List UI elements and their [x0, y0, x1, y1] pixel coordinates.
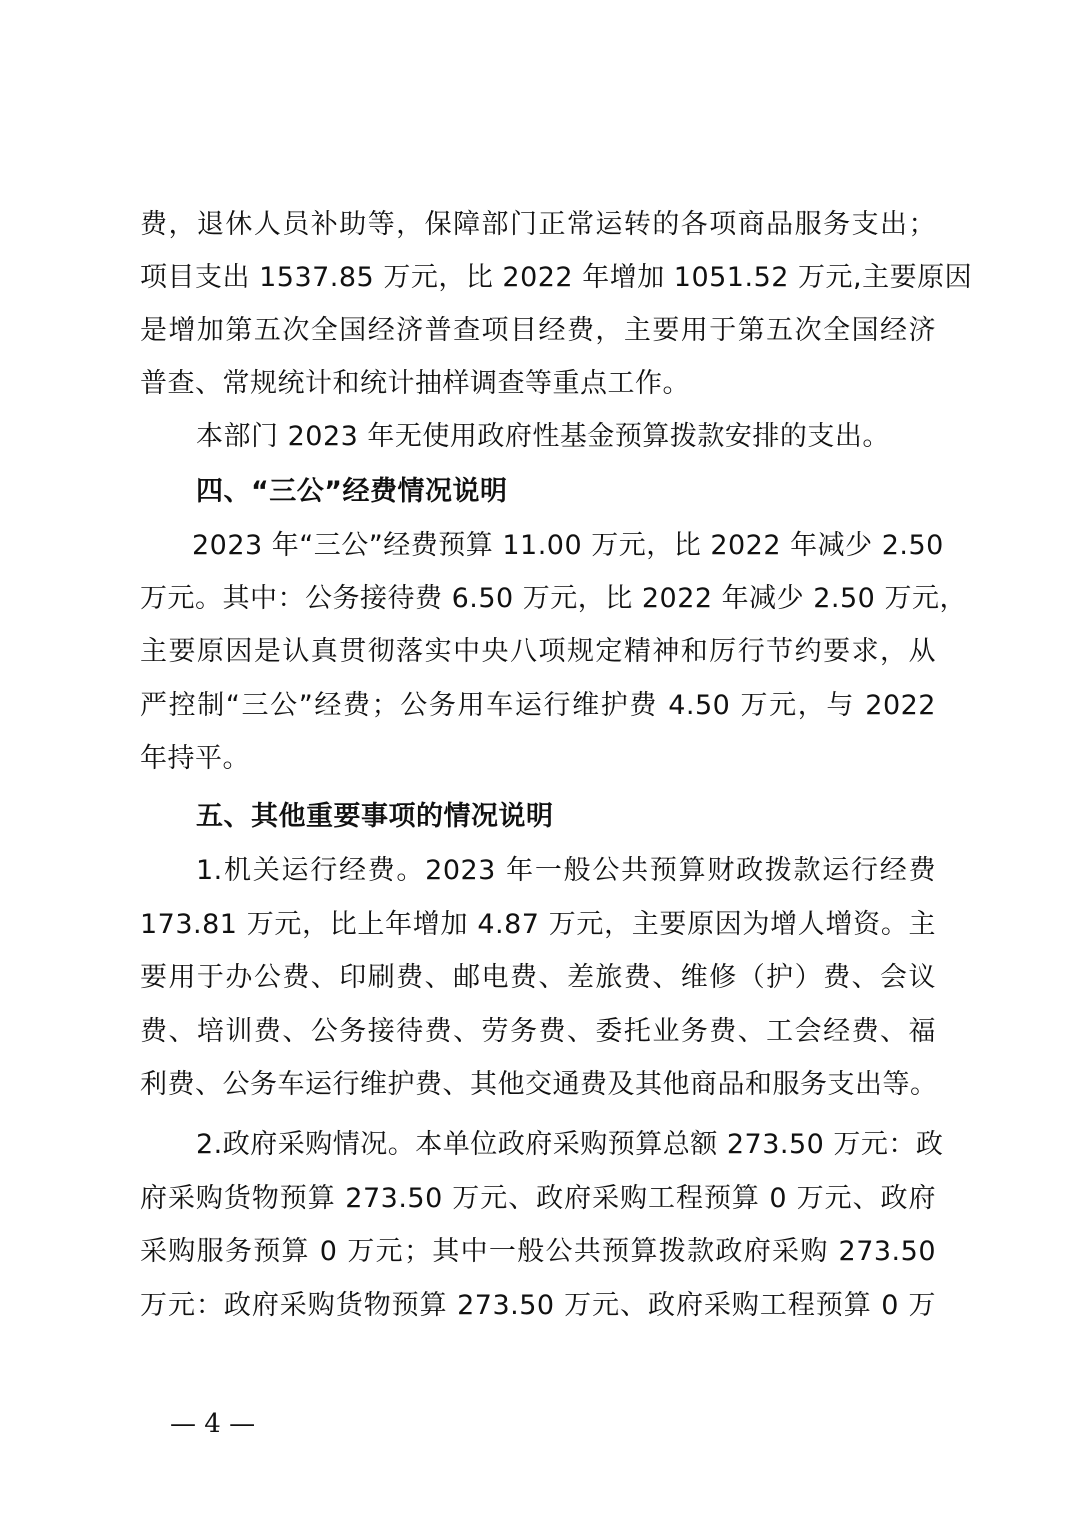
paragraph-line: 万元。其中：公务接待费 6.50 万元，比 2022 年减少 2.50 万元， [140, 579, 936, 619]
paragraph-line: 是增加第五次全国经济普查项目经费，主要用于第五次全国经济 [140, 311, 936, 351]
paragraph-line: 严控制“三公”经费；公务用车运行维护费 4.50 万元，与 2022 [140, 686, 936, 726]
paragraph-line: 费、培训费、公务接待费、劳务费、委托业务费、工会经费、福 [140, 1012, 936, 1052]
paragraph-line: 主要原因是认真贯彻落实中央八项规定精神和厉行节约要求，从 [140, 632, 936, 672]
paragraph-line: 采购服务预算 0 万元；其中一般公共预算拨款政府采购 273.50 [140, 1232, 936, 1272]
paragraph-line: 年持平。 [140, 739, 250, 779]
paragraph-line: 1.机关运行经费。2023 年一般公共预算财政拨款运行经费 [196, 851, 936, 891]
paragraph-line: 要用于办公费、印刷费、邮电费、差旅费、维修（护）费、会议 [140, 958, 936, 998]
paragraph-line: 府采购货物预算 273.50 万元、政府采购工程预算 0 万元、政府 [140, 1179, 936, 1219]
document-page: 费，退休人员补助等，保障部门正常运转的各项商品服务支出； 项目支出 1537.8… [0, 0, 1074, 1520]
paragraph-line: 本部门 2023 年无使用政府性基金预算拨款安排的支出。 [196, 417, 890, 457]
section-heading-other-matters: 五、其他重要事项的情况说明 [196, 797, 554, 837]
page-number: — 4 — [170, 1406, 255, 1442]
paragraph-line: 173.81 万元，比上年增加 4.87 万元，主要原因为增人增资。主 [140, 905, 936, 945]
paragraph-line: 项目支出 1537.85 万元，比 2022 年增加 1051.52 万元,主要… [140, 258, 936, 298]
paragraph-line: 普查、常规统计和统计抽样调查等重点工作。 [140, 364, 690, 404]
paragraph-line: 费，退休人员补助等，保障部门正常运转的各项商品服务支出； [140, 205, 936, 245]
paragraph-line: 万元：政府采购货物预算 273.50 万元、政府采购工程预算 0 万 [140, 1286, 936, 1326]
paragraph-line: 利费、公务车运行维护费、其他交通费及其他商品和服务支出等。 [140, 1065, 936, 1105]
paragraph-line: 2.政府采购情况。本单位政府采购预算总额 273.50 万元：政 [196, 1125, 936, 1165]
paragraph-line: 2023 年“三公”经费预算 11.00 万元，比 2022 年减少 2.50 [192, 526, 936, 566]
section-heading-three-public-expenses: 四、“三公”经费情况说明 [196, 472, 508, 512]
